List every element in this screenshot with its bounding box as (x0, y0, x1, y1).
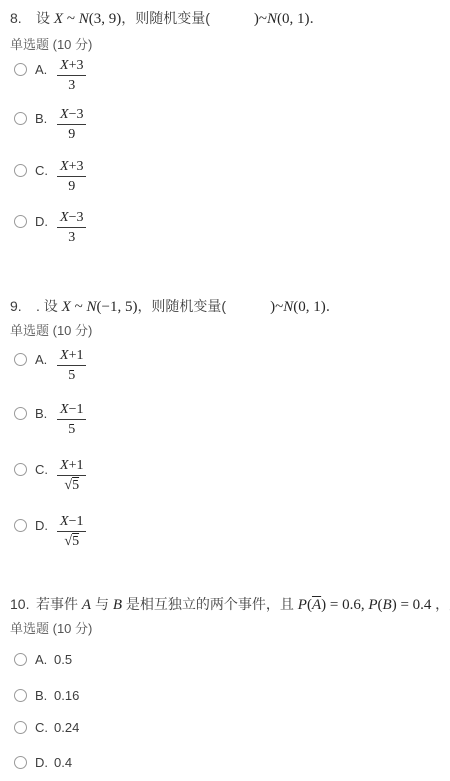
question-10-type-label: 单选题 (10 分) (0, 620, 450, 638)
option-label: C. (35, 461, 50, 478)
quiz-page: 8. 设 X ~ N(3, 9)，则随机变量()~N(0, 1)． 单选题 (1… (0, 0, 450, 781)
question-8-number: 8. (10, 8, 36, 28)
fraction-formula: X+3 3 (57, 58, 86, 93)
q10-option-b[interactable]: B. 0.16 (0, 686, 450, 704)
q9-option-c[interactable]: C. X+1 √5 (0, 460, 450, 493)
radio-button[interactable] (14, 653, 27, 666)
fraction-formula: X−3 9 (57, 107, 86, 142)
fraction-formula: X−1 5 (57, 402, 86, 437)
option-value: 0.16 (54, 687, 79, 704)
radio-button[interactable] (14, 519, 27, 532)
question-9-type-label: 单选题 (10 分) (0, 322, 450, 340)
fraction-denominator: 5 (57, 366, 86, 383)
fraction-numerator: X−1 (57, 402, 86, 420)
radio-button[interactable] (14, 463, 27, 476)
question-9-number: 9. (10, 296, 36, 316)
option-label: B. (35, 687, 50, 704)
radio-button[interactable] (14, 756, 27, 769)
fraction-denominator: 9 (57, 177, 86, 194)
option-label: C. (35, 162, 50, 179)
q9-option-a[interactable]: A. X+1 5 (0, 350, 450, 383)
question-8-stem: 设 X ~ N(3, 9)，则随机变量()~N(0, 1)． (36, 8, 324, 29)
fraction-numerator: X−3 (57, 107, 86, 125)
q10-option-c[interactable]: C. 0.24 (0, 718, 450, 736)
fraction-denominator-sqrt: √5 (57, 532, 86, 549)
fraction-formula: X−3 3 (57, 210, 86, 245)
fraction-numerator: X+3 (57, 58, 86, 76)
option-label: A. (35, 351, 50, 368)
a-bar: A (312, 597, 321, 613)
radio-button[interactable] (14, 215, 27, 228)
q10-option-a[interactable]: A. 0.5 (0, 650, 450, 668)
option-label: D. (35, 517, 50, 534)
fraction-formula: X−1 √5 (57, 514, 86, 549)
question-8-type-label: 单选题 (10 分) (0, 36, 450, 54)
q9-option-d[interactable]: D. X−1 √5 (0, 516, 450, 549)
option-label: A. (35, 651, 50, 668)
fraction-denominator: 3 (57, 228, 86, 245)
fraction-numerator: X−3 (57, 210, 86, 228)
q8-option-b[interactable]: B. X−3 9 (0, 109, 450, 142)
radio-button[interactable] (14, 164, 27, 177)
fraction-denominator: 5 (57, 420, 86, 437)
option-label: D. (35, 213, 50, 230)
option-value: 0.5 (54, 651, 72, 668)
radio-button[interactable] (14, 112, 27, 125)
q10-option-d[interactable]: D. 0.4 (0, 753, 450, 771)
option-label: B. (35, 110, 50, 127)
fraction-numerator: X+1 (57, 458, 86, 476)
option-label: B. (35, 405, 50, 422)
fraction-formula: X+3 9 (57, 159, 86, 194)
fraction-denominator-sqrt: √5 (57, 476, 86, 493)
radio-button[interactable] (14, 721, 27, 734)
q8-option-a[interactable]: A. X+3 3 (0, 60, 450, 93)
option-value: 0.4 (54, 754, 72, 771)
fraction-numerator: X+1 (57, 348, 86, 366)
question-9-stem: . 设 X ~ N(−1, 5)，则随机变量()~N(0, 1)． (36, 296, 340, 317)
fraction-denominator: 3 (57, 76, 86, 93)
question-10-title: 10. 若事件 A 与 B 是相互独立的两个事件，且 P(A) = 0.6, P… (0, 594, 450, 615)
radio-button[interactable] (14, 353, 27, 366)
option-value: 0.24 (54, 719, 79, 736)
question-10-number: 10. (10, 594, 36, 614)
fraction-denominator: 9 (57, 125, 86, 142)
fraction-formula: X+1 5 (57, 348, 86, 383)
radio-button[interactable] (14, 689, 27, 702)
radio-button[interactable] (14, 407, 27, 420)
q8-option-c[interactable]: C. X+3 9 (0, 161, 450, 194)
option-label: A. (35, 61, 50, 78)
option-label: C. (35, 719, 50, 736)
question-8-title: 8. 设 X ~ N(3, 9)，则随机变量()~N(0, 1)． (0, 8, 450, 29)
fraction-formula: X+1 √5 (57, 458, 86, 493)
option-label: D. (35, 754, 50, 771)
fraction-numerator: X−1 (57, 514, 86, 532)
radical-sign: √ (64, 534, 72, 549)
q9-option-b[interactable]: B. X−1 5 (0, 404, 450, 437)
fraction-numerator: X+3 (57, 159, 86, 177)
radical-sign: √ (64, 478, 72, 493)
radio-button[interactable] (14, 63, 27, 76)
question-9-title: 9. . 设 X ~ N(−1, 5)，则随机变量()~N(0, 1)． (0, 296, 450, 317)
question-10-stem: 若事件 A 与 B 是相互独立的两个事件，且 P(A) = 0.6, P(B) … (36, 594, 450, 615)
q8-option-d[interactable]: D. X−3 3 (0, 212, 450, 245)
